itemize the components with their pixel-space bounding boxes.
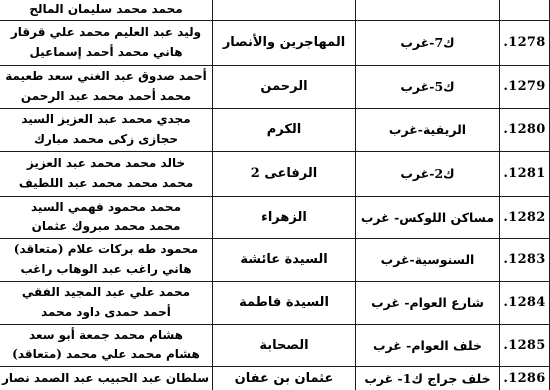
serial-cell: 1283. (500, 238, 550, 281)
mosque-cell: الكرم (213, 108, 356, 151)
table-row: 1281. ك2-غرب الرفاعى 2 خالد محمد محمد عب… (0, 151, 550, 196)
imam-name: أحمد حمدى داود محمد (3, 303, 209, 323)
serial-cell: 1284. (500, 281, 550, 324)
table-row: 1282. مساكن اللوكس- غرب الزهراء محمد محم… (0, 196, 550, 238)
imam-name: حجازى زكى محمد مبارك (3, 130, 209, 150)
imam-names-cell: خالد محمد محمد عبد العزيز محمد محمد محمد… (0, 151, 213, 196)
imam-name: هشام محمد علي محمد (متعاقد) (3, 345, 209, 365)
table-row: 1286. خلف جراج ك1- غرب عثمان بن عفان سلط… (0, 366, 550, 390)
imam-name: خالد محمد محمد عبد العزيز (3, 154, 209, 174)
table-row: محمد محمد سليمان المالح (0, 0, 550, 20)
imam-name: محمد محمد مبروك عثمان (3, 217, 209, 237)
location-cell: ك5-غرب (356, 65, 500, 108)
location-cell: شارع العوام- غرب (356, 281, 500, 324)
imam-names-cell: محمد محمود فهمي السيد محمد محمد مبروك عث… (0, 196, 213, 238)
imam-names-cell: وليد عبد العليم محمد علي قرقار هاني محمد… (0, 20, 213, 65)
location-cell: مساكن اللوكس- غرب (356, 196, 500, 238)
imam-name: أحمد صدوق عبد الغني سعد طعيمة (3, 67, 209, 87)
location-cell: السنوسية-غرب (356, 238, 500, 281)
imam-name: هشام محمد جمعة أبو سعد (3, 326, 209, 346)
imam-names-cell: هشام محمد جمعة أبو سعد هشام محمد علي محم… (0, 324, 213, 366)
table-row: 1284. شارع العوام- غرب السيدة فاطمة محمد… (0, 281, 550, 324)
imam-name: محمد محمود فهمي السيد (3, 198, 209, 218)
imam-name: هاني راغب عبد الوهاب راغب (3, 260, 209, 280)
table-row: 1285. خلف العوام- غرب الصحابة هشام محمد … (0, 324, 550, 366)
imam-name: سلطان عبد الحبيب عبد الصمد نصار (3, 369, 209, 389)
serial-cell: 1279. (500, 65, 550, 108)
mosque-cell (213, 0, 356, 20)
table-row: 1278. ك7-غرب المهاجرين والأنصار وليد عبد… (0, 20, 550, 65)
imam-names-cell: محمد علي عبد المجيد الفقي أحمد حمدى داود… (0, 281, 213, 324)
mosque-cell: الزهراء (213, 196, 356, 238)
imam-name: محمد محمد سليمان المالح (3, 0, 209, 20)
location-cell: الريفية-غرب (356, 108, 500, 151)
mosque-cell: السيدة عائشة (213, 238, 356, 281)
location-cell: خلف العوام- غرب (356, 324, 500, 366)
serial-cell: 1286. (500, 366, 550, 390)
imam-names-cell: محمد محمد سليمان المالح (0, 0, 213, 20)
mosque-cell: الرفاعى 2 (213, 151, 356, 196)
location-cell: ك2-غرب (356, 151, 500, 196)
serial-cell: 1278. (500, 20, 550, 65)
imam-name: محمد محمد محمد عبد اللطيف (3, 174, 209, 194)
imam-name: مجدي محمد عبد العزيز السيد (3, 110, 209, 130)
imam-name: محمود طه بركات علام (متعاقد) (3, 240, 209, 260)
location-cell: خلف جراج ك1- غرب (356, 366, 500, 390)
mosque-cell: المهاجرين والأنصار (213, 20, 356, 65)
mosque-cell: عثمان بن عفان (213, 366, 356, 390)
table-row: 1280. الريفية-غرب الكرم مجدي محمد عبد ال… (0, 108, 550, 151)
mosque-cell: الرحمن (213, 65, 356, 108)
imam-names-cell: مجدي محمد عبد العزيز السيد حجازى زكى محم… (0, 108, 213, 151)
imam-name: محمد أحمد محمد عبد الرحمن (3, 87, 209, 107)
imam-name: وليد عبد العليم محمد علي قرقار (3, 23, 209, 43)
table-row: 1279. ك5-غرب الرحمن أحمد صدوق عبد الغني … (0, 65, 550, 108)
table-row: 1283. السنوسية-غرب السيدة عائشة محمود طه… (0, 238, 550, 281)
imam-names-cell: سلطان عبد الحبيب عبد الصمد نصار (0, 366, 213, 390)
mosque-cell: السيدة فاطمة (213, 281, 356, 324)
serial-cell: 1280. (500, 108, 550, 151)
mosque-imams-table: محمد محمد سليمان المالح 1278. ك7-غرب الم… (0, 0, 550, 390)
imam-name: هاني محمد أحمد إسماعيل (3, 43, 209, 63)
serial-cell (500, 0, 550, 20)
location-cell (356, 0, 500, 20)
serial-cell: 1282. (500, 196, 550, 238)
imam-names-cell: محمود طه بركات علام (متعاقد) هاني راغب ع… (0, 238, 213, 281)
serial-cell: 1285. (500, 324, 550, 366)
imam-names-cell: أحمد صدوق عبد الغني سعد طعيمة محمد أحمد … (0, 65, 213, 108)
mosque-cell: الصحابة (213, 324, 356, 366)
serial-cell: 1281. (500, 151, 550, 196)
imam-name: محمد علي عبد المجيد الفقي (3, 283, 209, 303)
location-cell: ك7-غرب (356, 20, 500, 65)
